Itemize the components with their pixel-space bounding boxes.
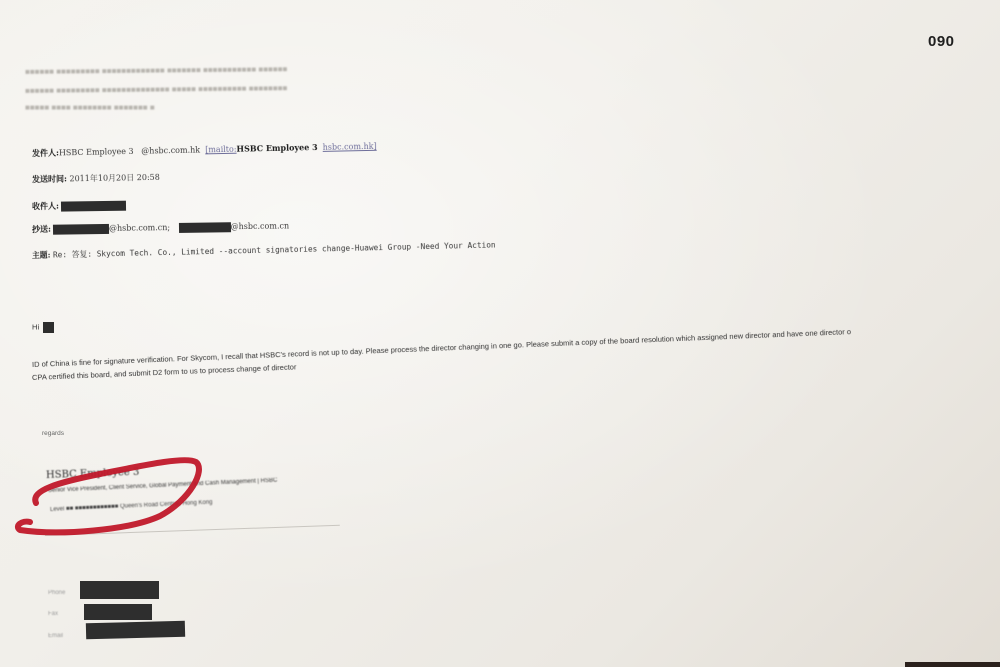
faded-header-line: ■■■■■■ ■■■■■■■■■ ■■■■■■■■■■■■■ ■■■■■■■ ■… [25,65,287,77]
cc-value-1: @hsbc.com.cn; [109,223,170,233]
signature-address: Level ■■ ■■■■■■■■■■■■ Queen's Road Centr… [50,500,213,513]
body-line-1: ID of China is fine for signature verifi… [32,327,851,369]
fax-label: Fax [48,611,58,617]
subject-row: 主题: Re: 答复: Skycom Tech. Co., Limited --… [32,239,496,261]
table-edge [905,662,1000,667]
sent-value: 2011年10月20日 20:58 [69,173,159,184]
sent-label: 发送时间: [32,173,67,184]
from-name: HSBC Employee 3 [59,147,134,158]
from-row: 发件人:HSBC Employee 3 @hsbc.com.hk [mailto… [32,141,377,159]
sent-row: 发送时间: 2011年10月20日 20:58 [32,172,160,185]
greeting-text: Hi [32,323,39,332]
cc-redaction-2 [179,222,231,233]
from-email: @hsbc.com.hk [141,145,200,155]
phone-redaction [80,581,159,599]
from-name-2: HSBC Employee 3 [236,142,317,154]
page-number: 090 [928,33,955,50]
cc-label: 抄送: [32,224,51,234]
signature-title: Senior Vice President, Client Service, G… [48,478,278,494]
faded-header-line: ■■■■■ ■■■■ ■■■■■■■■ ■■■■■■■ ■ [25,103,155,112]
phone-label: Phone [48,590,65,596]
email-label: Email [48,633,63,639]
to-label: 收件人: [32,201,59,211]
faded-header-line: ■■■■■■ ■■■■■■■■■ ■■■■■■■■■■■■■■ ■■■■■ ■■… [25,84,287,96]
mailto-link[interactable]: [mailto: [205,145,237,155]
closing: regards [42,430,64,437]
from-label: 发件人: [32,147,59,158]
to-redaction [61,201,126,212]
cc-value-2: @hsbc.com.cn [231,221,290,231]
cc-redaction-1 [53,224,109,235]
from-link[interactable]: hsbc.com.hk] [323,142,377,152]
subject-label: 主题: [32,251,51,260]
fax-redaction [84,604,152,620]
greeting-redaction [43,322,54,333]
signature-divider [45,525,340,536]
cc-row: 抄送:@hsbc.com.cn; @hsbc.com.cn [32,220,289,235]
to-row: 收件人: [32,200,126,212]
email-redaction [86,621,185,640]
greeting: Hi [32,322,54,333]
subject-value: Re: 答复: Skycom Tech. Co., Limited --acco… [53,240,496,259]
signature-name: HSBC Employee 3 [46,467,140,481]
